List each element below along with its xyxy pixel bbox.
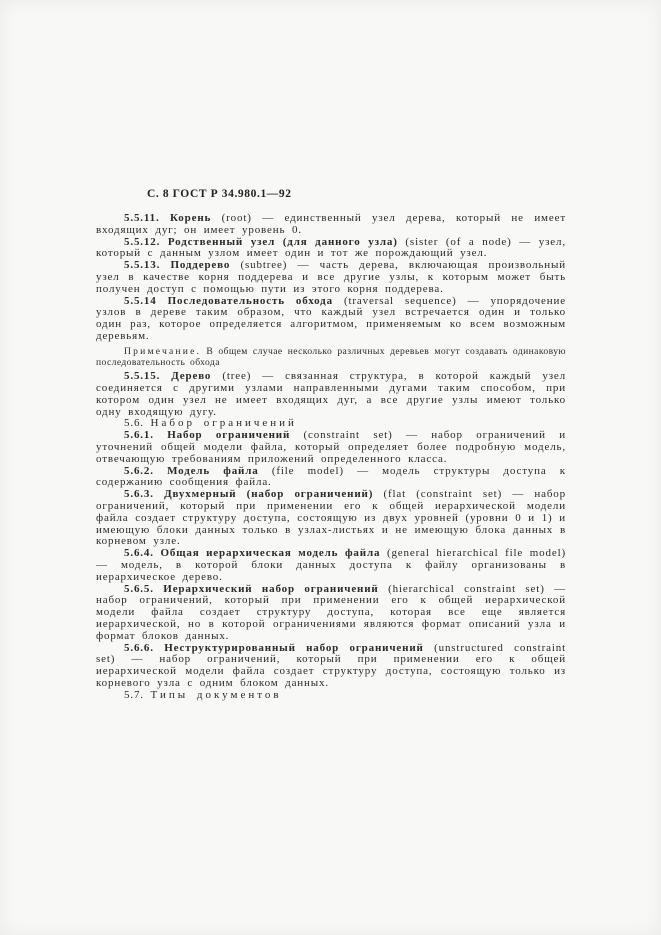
para-5-5-12: 5.5.12. Родственный узел (для данного уз…: [96, 237, 566, 261]
term-en: (tree): [222, 370, 251, 382]
term-ru: Двухмерный (набор ограничений): [164, 488, 373, 500]
para-5-6-6: 5.6.6. Неструктурированный набор огранич…: [96, 643, 566, 690]
clause-number: 5.5.14: [124, 295, 157, 307]
para-5-5-11: 5.5.11. Корень (root) — единственный узе…: [96, 213, 566, 237]
definition-text: — связанная структура, в которой каждый …: [96, 370, 566, 417]
para-5-6-5: 5.6.5. Иерархический набор ограничений (…: [96, 584, 566, 643]
term-en: (flat (constraint set): [383, 488, 502, 500]
clause-number: 5.6.6.: [124, 642, 154, 654]
para-5-6-2: 5.6.2. Модель файла (file model) — модел…: [96, 466, 566, 490]
heading-number: 5.7.: [124, 689, 144, 701]
term-en: (hierarchical constraint set): [388, 583, 545, 595]
term-ru: Иерархический набор ограничений: [163, 583, 378, 595]
document-page: С. 8 ГОСТ Р 34.980.1—92 5.5.11. Корень (…: [0, 0, 661, 935]
clause-number: 5.6.3.: [124, 488, 154, 500]
definition-text: — набор ограничений, который при примене…: [96, 653, 566, 689]
clause-number: 5.5.13.: [124, 259, 160, 271]
note-paragraph: Примечание. В общем случае несколько раз…: [96, 346, 566, 368]
para-5-6-1: 5.6.1. Набор ограничений (constraint set…: [96, 430, 566, 465]
heading-number: 5.6.: [124, 417, 144, 429]
note-label: Примечание.: [124, 346, 201, 357]
running-header: С. 8 ГОСТ Р 34.980.1—92: [147, 188, 292, 200]
para-5-6-3: 5.6.3. Двухмерный (набор ограничений) (f…: [96, 489, 566, 548]
term-en: (general hierarchical file model): [387, 547, 566, 559]
term-en: (root): [222, 212, 252, 224]
term-en: (file model): [272, 465, 344, 477]
term-ru: Последовательность обхода: [168, 295, 333, 307]
term-en: (constraint set): [304, 429, 393, 441]
term-ru: Общая иерархическая модель файла: [160, 547, 380, 559]
clause-number: 5.5.15.: [124, 370, 160, 382]
para-5-5-15: 5.5.15. Дерево (tree) — связанная структ…: [96, 371, 566, 418]
clause-number: 5.5.12.: [124, 236, 160, 248]
definition-text: — модель, в которой блоки данных доступа…: [96, 559, 566, 583]
term-ru: Неструктурированный набор ограничений: [164, 642, 424, 654]
definition-text: — единственный узел дерева, который не и…: [96, 212, 566, 236]
clause-number: 5.5.11.: [124, 212, 160, 224]
heading-text: Типы документов: [151, 689, 282, 701]
para-5-6-4: 5.6.4. Общая иерархическая модель файла …: [96, 548, 566, 583]
term-ru: Набор ограничений: [167, 429, 290, 441]
para-5-5-13: 5.5.13. Поддерево (subtree) — часть дере…: [96, 260, 566, 295]
term-ru: Корень: [170, 212, 211, 224]
term-en: (sister (of a node): [405, 236, 511, 248]
term-ru: Поддерево: [170, 259, 230, 271]
term-ru: Модель файла: [167, 465, 259, 477]
definition-text: — часть дерева, включающая произвольный …: [96, 259, 566, 295]
term-en: (subtree): [240, 259, 287, 271]
clause-number: 5.6.1.: [124, 429, 154, 441]
para-5-5-14: 5.5.14 Последовательность обхода (traver…: [96, 296, 566, 343]
document-body: 5.5.11. Корень (root) — единственный узе…: [96, 213, 566, 701]
clause-number: 5.6.4.: [124, 547, 154, 559]
term-ru: Дерево: [171, 370, 211, 382]
clause-number: 5.6.2.: [124, 465, 154, 477]
term-en: (traversal sequence): [344, 295, 457, 307]
clause-number: 5.6.5.: [124, 583, 154, 595]
heading-text: Набор ограничений: [151, 417, 297, 429]
term-ru: Родственный узел (для данного узла): [168, 236, 398, 248]
section-heading-5-7: 5.7. Типы документов: [96, 690, 566, 702]
